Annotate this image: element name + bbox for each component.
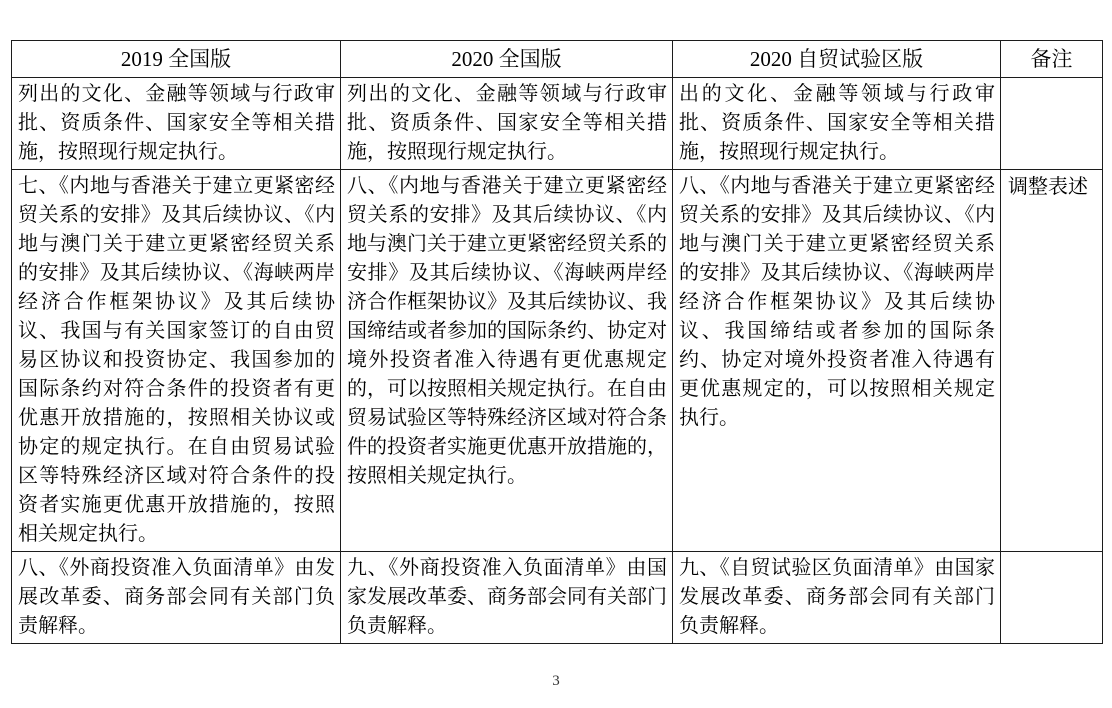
column-header-2019-national: 2019 全国版 <box>12 41 341 78</box>
page-number: 3 <box>0 671 1112 691</box>
column-header-remarks: 备注 <box>1001 41 1103 78</box>
table-row: 列出的文化、金融等领域与行政审批、资质条件、国家安全等相关措施，按照现行规定执行… <box>12 78 1103 170</box>
cell-row3-2019-national: 八、《外商投资准入负面清单》由发展改革委、商务部会同有关部门负责解释。 <box>12 552 341 644</box>
cell-row1-2020-national: 列出的文化、金融等领域与行政审批、资质条件、国家安全等相关措施，按照现行规定执行… <box>341 78 673 170</box>
comparison-table: 2019 全国版 2020 全国版 2020 自贸试验区版 备注 列出的文化、金… <box>11 40 1103 644</box>
table-row: 七、《内地与香港关于建立更紧密经贸关系的安排》及其后续协议、《内地与澳门关于建立… <box>12 170 1103 552</box>
cell-row3-2020-ftz: 九、《自贸试验区负面清单》由国家发展改革委、商务部会同有关部门负责解释。 <box>673 552 1001 644</box>
cell-row1-remark <box>1001 78 1103 170</box>
cell-row3-remark <box>1001 552 1103 644</box>
cell-row1-2019-national: 列出的文化、金融等领域与行政审批、资质条件、国家安全等相关措施，按照现行规定执行… <box>12 78 341 170</box>
document-page: 2019 全国版 2020 全国版 2020 自贸试验区版 备注 列出的文化、金… <box>0 0 1112 708</box>
column-header-2020-ftz: 2020 自贸试验区版 <box>673 41 1001 78</box>
column-header-2020-national: 2020 全国版 <box>341 41 673 78</box>
cell-row3-2020-national: 九、《外商投资准入负面清单》由国家发展改革委、商务部会同有关部门负责解释。 <box>341 552 673 644</box>
cell-row1-2020-ftz: 出的文化、金融等领域与行政审批、资质条件、国家安全等相关措施，按照现行规定执行。 <box>673 78 1001 170</box>
table-row: 八、《外商投资准入负面清单》由发展改革委、商务部会同有关部门负责解释。 九、《外… <box>12 552 1103 644</box>
cell-row2-remark: 调整表述 <box>1001 170 1103 552</box>
cell-row2-2019-national: 七、《内地与香港关于建立更紧密经贸关系的安排》及其后续协议、《内地与澳门关于建立… <box>12 170 341 552</box>
table-header-row: 2019 全国版 2020 全国版 2020 自贸试验区版 备注 <box>12 41 1103 78</box>
cell-row2-2020-national: 八、《内地与香港关于建立更紧密经贸关系的安排》及其后续协议、《内地与澳门关于建立… <box>341 170 673 552</box>
cell-row2-2020-ftz: 八、《内地与香港关于建立更紧密经贸关系的安排》及其后续协议、《内地与澳门关于建立… <box>673 170 1001 552</box>
